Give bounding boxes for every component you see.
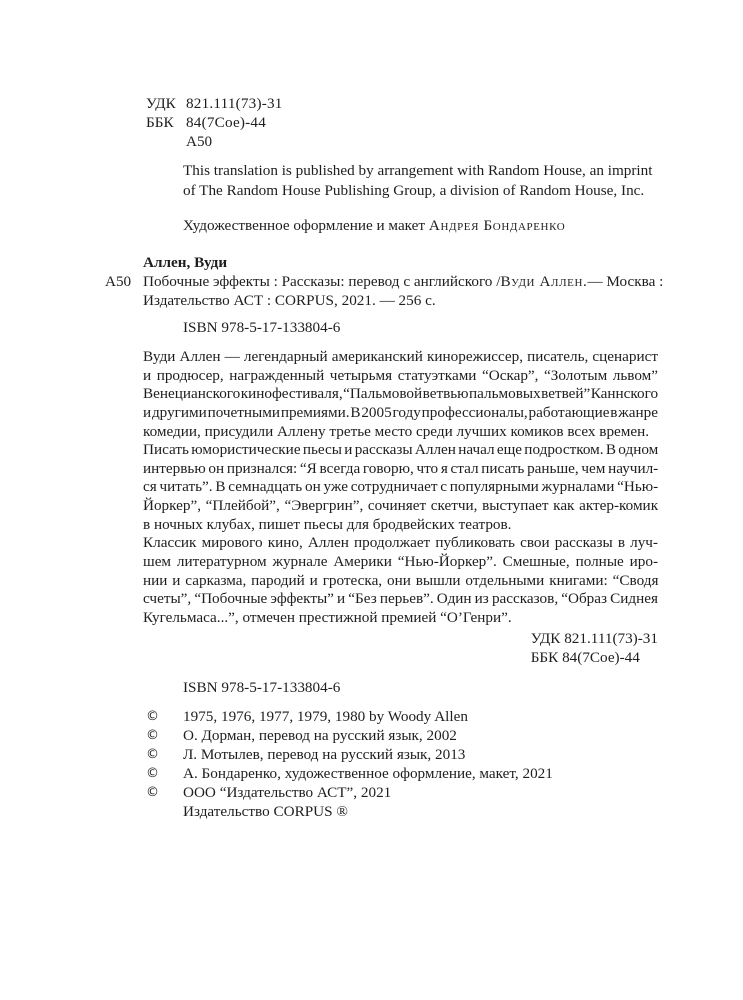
annotation-line: шем литературном журнале Америки “Нью-Йо… (143, 553, 658, 572)
copyright-text: Л. Мотылев, перевод на русский язык, 201… (183, 745, 465, 764)
catalog-author-heading: Аллен, Вуди (143, 253, 227, 272)
isbn-bottom: ISBN 978-5-17-133804-6 (183, 678, 340, 697)
catalog-place: — Москва : (587, 272, 663, 291)
copyright-text: ООО “Издательство АСТ”, 2021 (183, 783, 391, 802)
annotation-paragraph: Вуди Аллен — легендарный американский ки… (143, 348, 658, 628)
copyright-icon: © (146, 766, 159, 781)
copyright-icon: © (146, 747, 159, 762)
catalog-line-1: Побочные эффекты : Рассказы: перевод с а… (143, 272, 658, 291)
index-bottom: УДК 821.111(73)-31 ББК 84(7Сое)-44 (531, 629, 658, 667)
annotation-line: комедии, присудили Аллену третье место с… (143, 423, 658, 442)
rights-notice-line-2: of The Random House Publishing Group, a … (183, 181, 644, 200)
udk-label: УДК (146, 94, 176, 113)
annotation-line: Писать юмористические пьесы и рассказы А… (143, 441, 658, 460)
annotation-line: и продюсер, награжденный четырьмя статуэ… (143, 367, 658, 386)
bbk-bottom: ББК 84(7Сое)-44 (531, 648, 658, 667)
catalog-title: Побочные эффекты : Рассказы: перевод с а… (143, 272, 500, 291)
catalog-isbn: ISBN 978-5-17-133804-6 (183, 318, 340, 337)
annotation-line: Классик мирового кино, Аллен продолжает … (143, 534, 658, 553)
copyright-text: О. Дорман, перевод на русский язык, 2002 (183, 726, 457, 745)
design-credit-name: Андрея Бондаренко (429, 217, 565, 234)
annotation-line: Йоркер”, “Плейбой”, “Эвергрин”, сочиняет… (143, 497, 658, 516)
annotation-line: и другими почетными премиями. В 2005 год… (143, 404, 658, 423)
copyright-text: А. Бондаренко, художественное оформление… (183, 764, 553, 783)
catalog-author-mark: А50 (105, 272, 131, 291)
catalog-author: Вуди Аллен. (500, 272, 587, 291)
annotation-line: Кугельмаса...”, отмечен престижной преми… (143, 609, 658, 628)
annotation-line: интервью он признался: “Я всегда говорю,… (143, 460, 658, 479)
copyright-icon: © (146, 709, 159, 724)
catalog-line-2: Издательство АСТ : CORPUS, 2021. — 256 с… (143, 291, 436, 310)
annotation-line: Венецианского кинофестиваля, “Пальмовой … (143, 385, 658, 404)
annotation-line: Вуди Аллен — легендарный американский ки… (143, 348, 658, 367)
design-credit-prefix: Художественное оформление и макет (183, 217, 425, 234)
author-mark-top: А50 (186, 132, 212, 151)
bbk-code: 84(7Сое)-44 (186, 113, 266, 132)
udk-bottom: УДК 821.111(73)-31 (531, 629, 658, 648)
annotation-line: счеты”, “Побочные эффекты” и “Без перьев… (143, 590, 658, 609)
design-credit: Художественное оформление и макет Андрея… (183, 216, 565, 235)
bbk-label: ББК (146, 113, 174, 132)
udk-code: 821.111(73)-31 (186, 94, 283, 113)
annotation-line: ся читать”. В семнадцать он уже сотрудни… (143, 478, 658, 497)
annotation-line: в ночных клубах, пишет пьесы для бродвей… (143, 516, 658, 535)
copyright-icon: © (146, 785, 159, 800)
annotation-line: нии и сарказма, пародий и гротеска, они … (143, 572, 658, 591)
copyright-icon: © (146, 728, 159, 743)
imprint-text: Издательство CORPUS ® (183, 802, 348, 821)
rights-notice-line-1: This translation is published by arrange… (183, 161, 652, 180)
copyright-text: 1975, 1976, 1977, 1979, 1980 by Woody Al… (183, 707, 468, 726)
